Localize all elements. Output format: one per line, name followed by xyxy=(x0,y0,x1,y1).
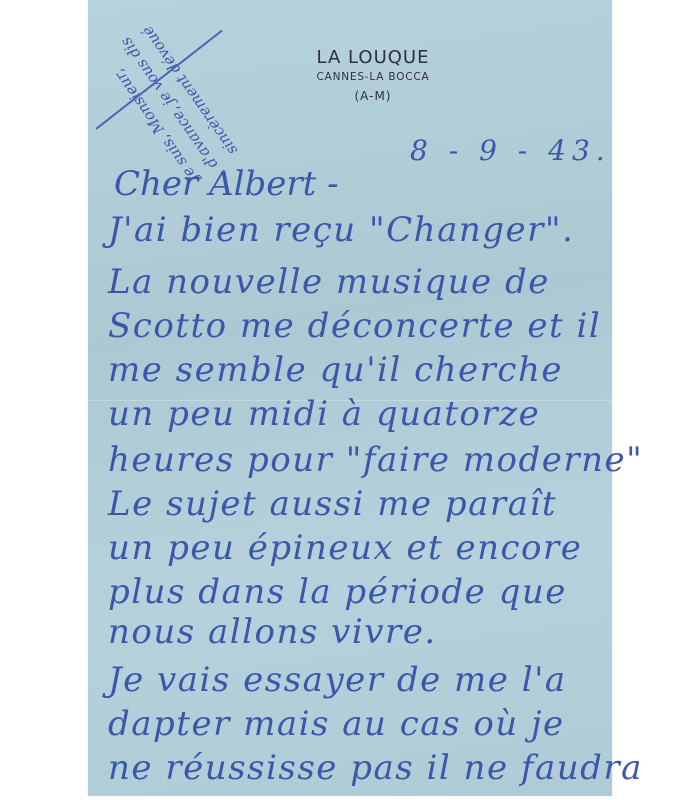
letterhead-region: (A-M) xyxy=(293,88,453,104)
letter-line: nous allons vivre. xyxy=(108,612,437,652)
letter-line: heures pour "faire moderne" xyxy=(108,440,643,480)
letterhead-name: LA LOUQUE xyxy=(293,48,453,68)
letter-page: Je suis, Monsieur, d'avance, je vous dis… xyxy=(88,0,612,796)
letter-date: 8 - 9 - 43. xyxy=(410,134,611,167)
letter-salutation: Cher Albert - xyxy=(114,164,339,204)
letter-line: dapter mais au cas où je xyxy=(108,704,565,744)
letter-line: un peu midi à quatorze xyxy=(108,394,540,434)
letter-line: Scotto me déconcerte et il xyxy=(108,306,601,346)
letter-line: J'ai bien reçu "Changer". xyxy=(108,210,574,250)
letter-line: La nouvelle musique de xyxy=(108,262,550,302)
letter-line: Le sujet aussi me paraît xyxy=(108,484,557,524)
letterhead: LA LOUQUE CANNES-LA BOCCA (A-M) xyxy=(293,48,453,104)
letterhead-city: CANNES-LA BOCCA xyxy=(293,69,453,85)
letter-line: un peu épineux et encore xyxy=(108,528,582,568)
letter-line: plus dans la période que xyxy=(108,572,567,612)
letter-line: Je vais essayer de me l'a xyxy=(108,660,567,700)
letter-line: me semble qu'il cherche xyxy=(108,350,563,390)
margin-annotation: Je suis, Monsieur, d'avance, je vous dis… xyxy=(87,0,299,188)
letter-line: ne réussisse pas il ne faudra xyxy=(108,748,643,788)
